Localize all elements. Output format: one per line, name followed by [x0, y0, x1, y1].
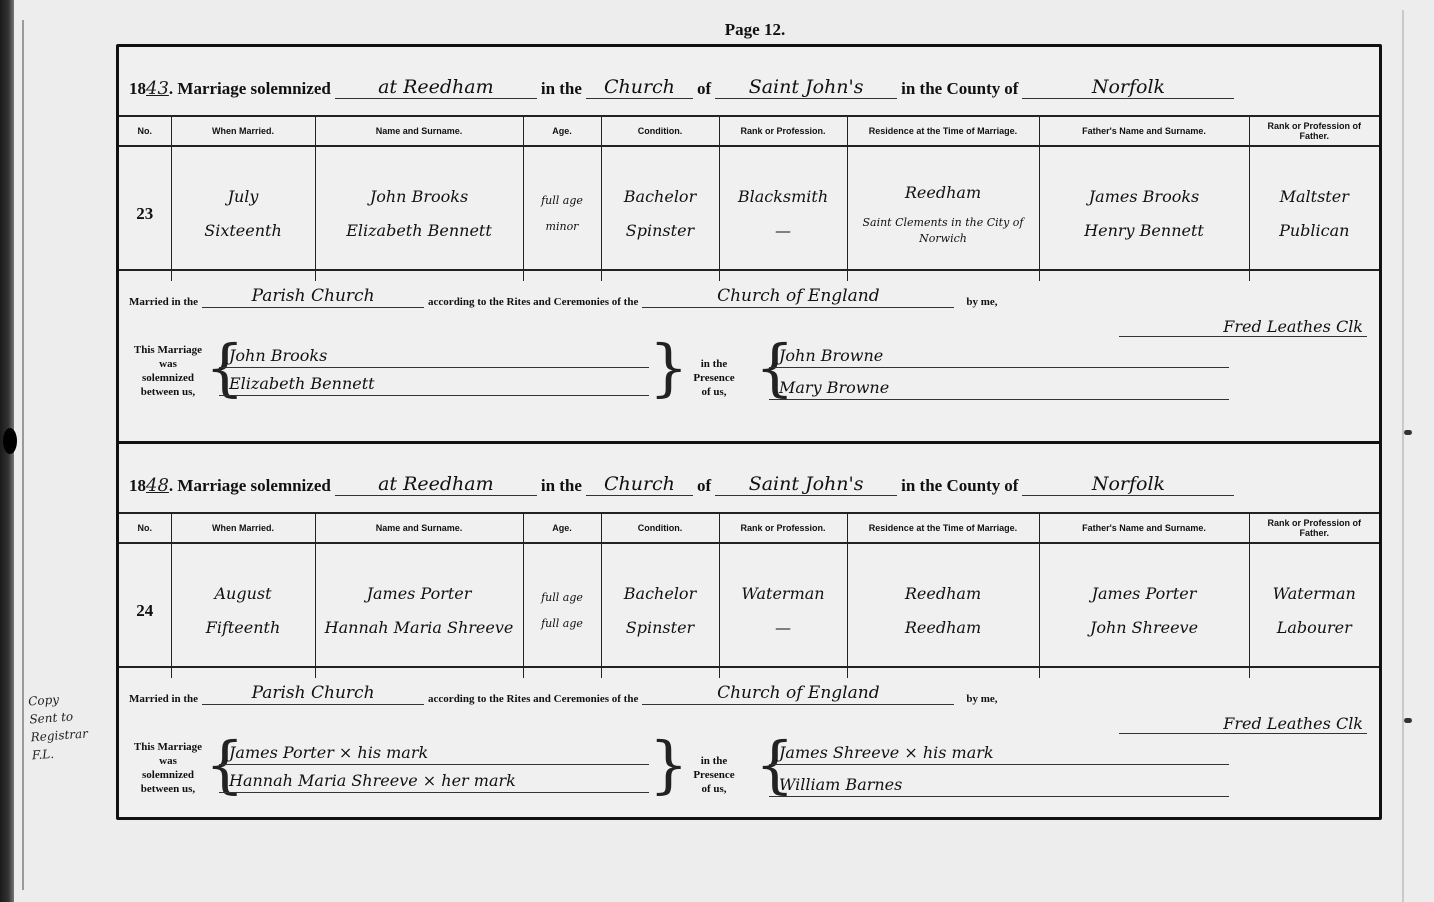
cell-value: July — [178, 185, 309, 209]
column-header-row: No.When Married.Name and Surname.Age.Con… — [119, 513, 1379, 543]
place-field: at Reedham — [335, 76, 537, 99]
register-page: 1843. Marriage solemnized at Reedham in … — [116, 44, 1382, 820]
page-fold-left — [22, 20, 24, 890]
column-header: Name and Surname. — [315, 116, 523, 146]
table-row: 23JulySixteenthJohn BrooksElizabeth Benn… — [119, 146, 1379, 281]
heading-label: of — [1004, 79, 1018, 99]
by-me-label: by me, — [966, 693, 997, 705]
married-in-label: Married in the — [129, 693, 198, 705]
label-line: of us, — [679, 782, 749, 796]
solemnized-label: This Marriagewassolemnizedbetween us, — [127, 740, 209, 796]
label-line: solemnized — [127, 768, 209, 782]
residence-cell: ReedhamSaint Clements in the City of Nor… — [847, 146, 1039, 281]
label-line: in the — [679, 754, 749, 768]
ink-blot — [1404, 430, 1412, 435]
cell-value: Reedham — [854, 582, 1033, 606]
when-married-cell: AugustFifteenth — [171, 543, 315, 678]
when-married-cell: JulySixteenth — [171, 146, 315, 281]
divider — [119, 269, 1379, 271]
cell-value: Reedham — [854, 181, 1033, 205]
heading-label: in the County — [901, 79, 1000, 99]
married-in-line: Married in the Parish Church according t… — [129, 682, 998, 705]
party-signature: Elizabeth Bennett — [219, 373, 649, 396]
year-suffix: 43 — [146, 78, 169, 99]
condition-cell: BachelorSpinster — [601, 146, 719, 281]
label-line: solemnized — [127, 371, 209, 385]
married-in-field: Parish Church — [202, 682, 424, 705]
entry-table: No.When Married.Name and Surname.Age.Con… — [119, 512, 1379, 678]
column-header: No. — [119, 513, 171, 543]
column-header: Age. — [523, 513, 601, 543]
rites-field: Church of England — [642, 682, 954, 705]
column-header: Age. — [523, 116, 601, 146]
label-line: This Marriage — [127, 343, 209, 357]
cell-value: Spinster — [608, 219, 713, 243]
cell-value: James Porter — [322, 582, 517, 606]
page-number: Page 12. — [700, 20, 810, 40]
binding-hole — [3, 428, 17, 454]
officiant-signature: Fred Leathes Clk — [1119, 714, 1367, 734]
church-type-field: Church — [586, 76, 693, 99]
age-cell: full agefull age — [523, 543, 601, 678]
father-name-cell: James BrooksHenry Bennett — [1039, 146, 1249, 281]
heading-label: of — [697, 79, 711, 99]
county-field: Norfolk — [1022, 473, 1234, 496]
year-prefix: 18 — [129, 476, 146, 496]
residence-cell: ReedhamReedham — [847, 543, 1039, 678]
label-line: This Marriage — [127, 740, 209, 754]
name-cell: James PorterHannah Maria Shreeve — [315, 543, 523, 678]
column-header: Condition. — [601, 513, 719, 543]
married-in-line: Married in the Parish Church according t… — [129, 285, 998, 308]
married-in-field: Parish Church — [202, 285, 424, 308]
cell-value: Reedham — [854, 616, 1033, 640]
by-me-label: by me, — [966, 296, 997, 308]
party-signature: James Porter × his mark — [219, 742, 649, 765]
cell-value: full age — [530, 193, 595, 209]
cell-value: Elizabeth Bennett — [322, 219, 517, 243]
heading-label: in the County — [901, 476, 1000, 496]
margin-annotation: Copy Sent to Registrar F.L. — [28, 688, 103, 765]
column-header: Rank or Profession of Father. — [1249, 513, 1379, 543]
heading-label: of — [1004, 476, 1018, 496]
cell-value: Waterman — [726, 582, 841, 606]
profession-cell: Blacksmith— — [719, 146, 847, 281]
cell-value: John Brooks — [322, 185, 517, 209]
cell-value: Maltster — [1256, 185, 1374, 209]
presence-label: in thePresenceof us, — [679, 754, 749, 796]
witness-signature: William Barnes — [769, 774, 1229, 797]
place-field: at Reedham — [335, 473, 537, 496]
ink-blot — [1404, 718, 1412, 723]
cell-value: Spinster — [608, 616, 713, 640]
cell-value: Saint Clements in the City of Norwich — [854, 215, 1033, 247]
label-line: in the — [679, 357, 749, 371]
divider — [119, 666, 1379, 668]
entry-table: No.When Married.Name and Surname.Age.Con… — [119, 115, 1379, 281]
cell-value: Bachelor — [608, 582, 713, 606]
marriage-entry: 1843. Marriage solemnized at Reedham in … — [119, 47, 1379, 441]
witness-signature: John Browne — [769, 345, 1229, 368]
cell-value: Blacksmith — [726, 185, 841, 209]
county-field: Norfolk — [1022, 76, 1234, 99]
heading-label: . Marriage solemnized — [169, 79, 331, 99]
label-line: of us, — [679, 385, 749, 399]
year-suffix: 48 — [146, 475, 169, 496]
column-header: Rank or Profession of Father. — [1249, 116, 1379, 146]
cell-value: Fifteenth — [178, 616, 309, 640]
father-profession-cell: MaltsterPublican — [1249, 146, 1379, 281]
rites-label: according to the Rites and Ceremonies of… — [428, 296, 638, 308]
heading-label: in the — [541, 79, 582, 99]
label-line: between us, — [127, 385, 209, 399]
cell-value: Bachelor — [608, 185, 713, 209]
rites-label: according to the Rites and Ceremonies of… — [428, 693, 638, 705]
profession-cell: Waterman— — [719, 543, 847, 678]
column-header: Father's Name and Surname. — [1039, 116, 1249, 146]
entry-heading: 1848. Marriage solemnized at Reedham in … — [129, 466, 1238, 496]
heading-label: of — [697, 476, 711, 496]
cell-value: full age — [530, 590, 595, 606]
party-signature: John Brooks — [219, 345, 649, 368]
column-header: Rank or Profession. — [719, 116, 847, 146]
cell-value: Henry Bennett — [1046, 219, 1243, 243]
witness-signature: James Shreeve × his mark — [769, 742, 1229, 765]
cell-value: — — [726, 219, 841, 243]
label-line: was — [127, 754, 209, 768]
condition-cell: BachelorSpinster — [601, 543, 719, 678]
column-header: Name and Surname. — [315, 513, 523, 543]
cell-value: August — [178, 582, 309, 606]
label-line: was — [127, 357, 209, 371]
father-name-cell: James PorterJohn Shreeve — [1039, 543, 1249, 678]
cell-value: Hannah Maria Shreeve — [322, 616, 517, 640]
church-name-field: Saint John's — [715, 76, 897, 99]
party-signature: Hannah Maria Shreeve × her mark — [219, 770, 649, 793]
entry-number-cell: 23 — [119, 146, 171, 281]
age-cell: full ageminor — [523, 146, 601, 281]
presence-label: in thePresenceof us, — [679, 357, 749, 399]
margin-note-line: F.L. — [31, 742, 102, 765]
column-header: Condition. — [601, 116, 719, 146]
cell-value: — — [726, 616, 841, 640]
entry-number-cell: 24 — [119, 543, 171, 678]
officiant-signature: Fred Leathes Clk — [1119, 317, 1367, 337]
cell-value: James Porter — [1046, 582, 1243, 606]
father-profession-cell: WatermanLabourer — [1249, 543, 1379, 678]
married-in-label: Married in the — [129, 296, 198, 308]
church-name-field: Saint John's — [715, 473, 897, 496]
church-type-field: Church — [586, 473, 693, 496]
cell-value: Labourer — [1256, 616, 1374, 640]
column-header: Father's Name and Surname. — [1039, 513, 1249, 543]
cell-value: John Shreeve — [1046, 616, 1243, 640]
cell-value: full age — [530, 616, 595, 632]
heading-label: . Marriage solemnized — [169, 476, 331, 496]
year-prefix: 18 — [129, 79, 146, 99]
column-header: Residence at the Time of Marriage. — [847, 116, 1039, 146]
column-header: When Married. — [171, 116, 315, 146]
cell-value: Sixteenth — [178, 219, 309, 243]
rites-field: Church of England — [642, 285, 954, 308]
heading-label: in the — [541, 476, 582, 496]
cell-value: Waterman — [1256, 582, 1374, 606]
column-header: Residence at the Time of Marriage. — [847, 513, 1039, 543]
cell-value: minor — [530, 219, 595, 235]
column-header-row: No.When Married.Name and Surname.Age.Con… — [119, 116, 1379, 146]
solemnized-label: This Marriagewassolemnizedbetween us, — [127, 343, 209, 399]
cell-value: James Brooks — [1046, 185, 1243, 209]
label-line: Presence — [679, 768, 749, 782]
witness-signature: Mary Browne — [769, 377, 1229, 400]
label-line: between us, — [127, 782, 209, 796]
column-header: When Married. — [171, 513, 315, 543]
cell-value: Publican — [1256, 219, 1374, 243]
column-header: No. — [119, 116, 171, 146]
entry-heading: 1843. Marriage solemnized at Reedham in … — [129, 69, 1238, 99]
label-line: Presence — [679, 371, 749, 385]
name-cell: John BrooksElizabeth Bennett — [315, 146, 523, 281]
page-fold-right — [1402, 10, 1404, 902]
marriage-entry: 1848. Marriage solemnized at Reedham in … — [119, 441, 1379, 824]
table-row: 24AugustFifteenthJames PorterHannah Mari… — [119, 543, 1379, 678]
column-header: Rank or Profession. — [719, 513, 847, 543]
